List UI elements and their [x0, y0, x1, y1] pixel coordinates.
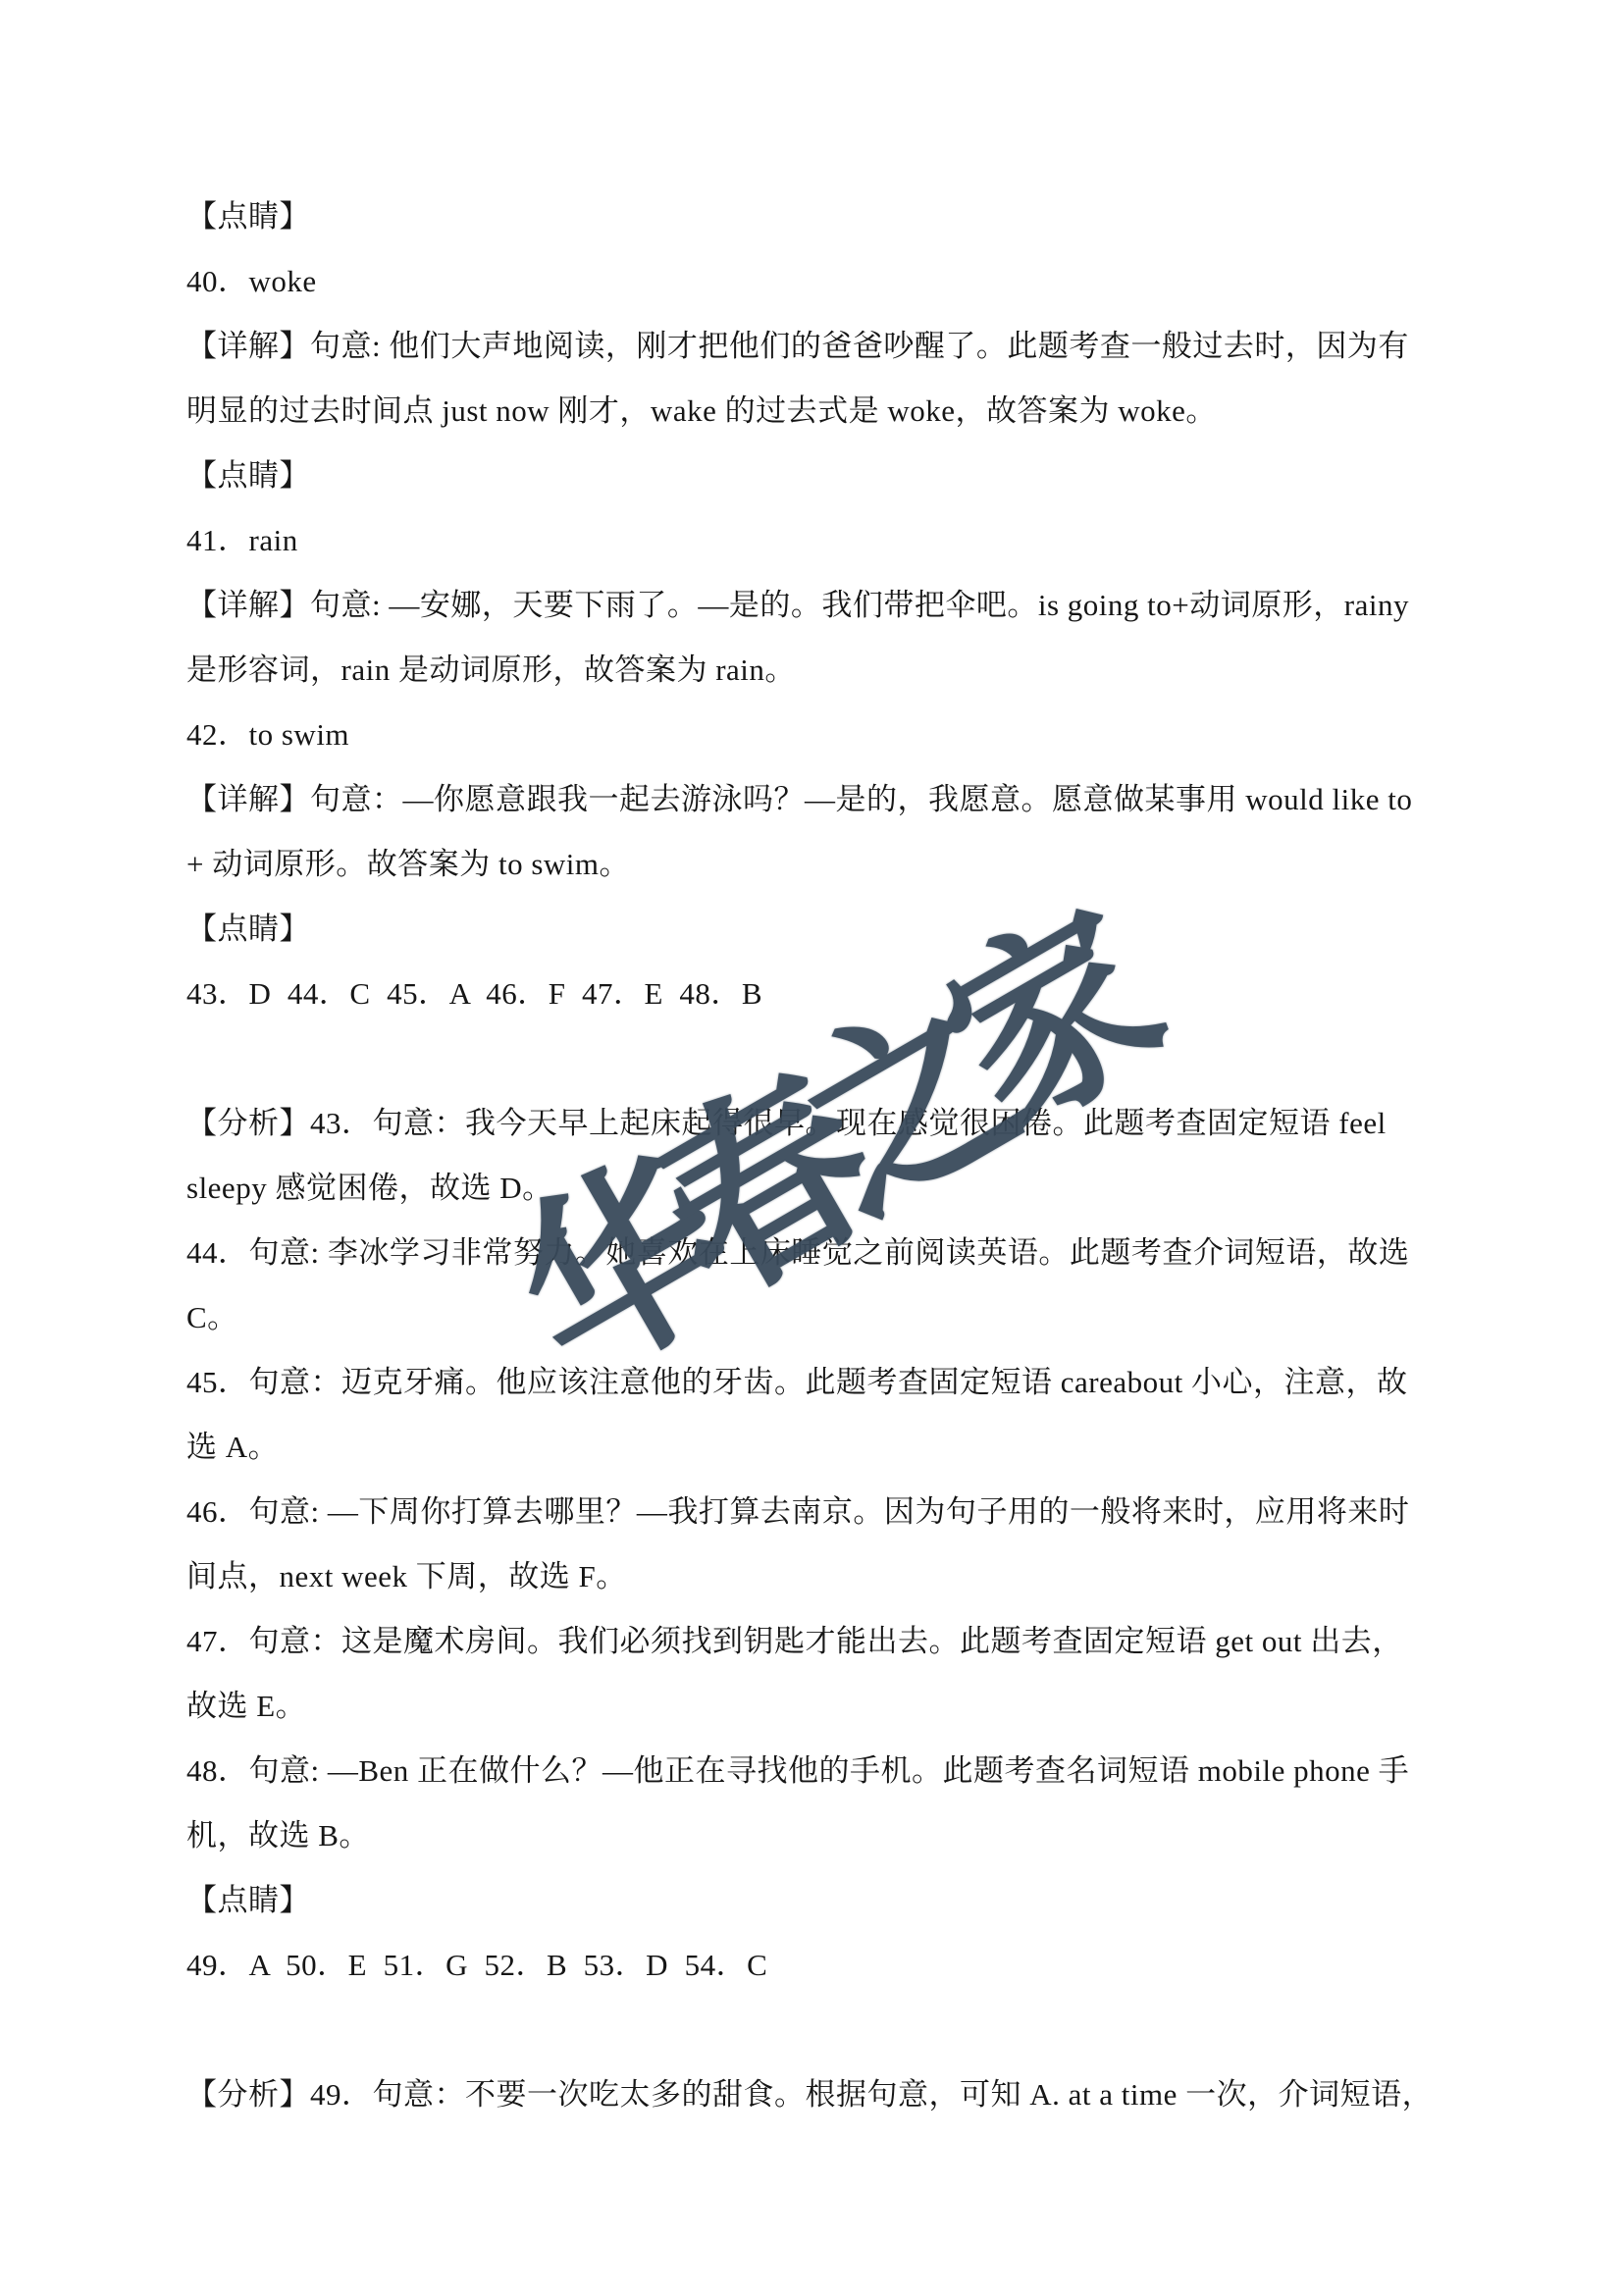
text-line: 45．句意：迈克牙痛。他应该注意他的牙齿。此题考查固定短语 careabout …	[186, 1350, 1442, 1415]
text-line: 【点睛】	[186, 184, 1442, 249]
text-line: 40．woke	[186, 249, 1442, 314]
text-line: 47．句意：这是魔术房间。我们必须找到钥匙才能出去。此题考查固定短语 get o…	[186, 1609, 1442, 1674]
text-line: 【点睛】	[186, 444, 1442, 508]
text-line: 42．to swim	[186, 703, 1442, 767]
text-line: 【分析】43．句意：我今天早上起床起得很早。现在感觉很困倦。此题考查固定短语 f…	[186, 1091, 1442, 1156]
text-line: 是形容词，rain 是动词原形，故答案为 rain。	[186, 638, 1442, 703]
text-line: 43．D 44．C 45．A 46．F 47．E 48．B	[186, 962, 1442, 1026]
text-line: 【详解】句意：—你愿意跟我一起去游泳吗？—是的，我愿意。愿意做某事用 would…	[186, 767, 1442, 832]
text-line: 故选 E。	[186, 1674, 1442, 1739]
text-line: 选 A。	[186, 1415, 1442, 1480]
text-line: 41．rain	[186, 508, 1442, 573]
text-line: C。	[186, 1285, 1442, 1350]
text-line: 明显的过去时间点 just now 刚才，wake 的过去式是 woke，故答案…	[186, 379, 1442, 444]
text-line: 44．句意: 李冰学习非常努力。她喜欢在上床睡觉之前阅读英语。此题考查介词短语，…	[186, 1221, 1442, 1285]
blank-line	[186, 1998, 1442, 2062]
document-page: 【点睛】40．woke【详解】句意: 他们大声地阅读，刚才把他们的爸爸吵醒了。此…	[0, 0, 1623, 2296]
text-line: 【分析】49．句意：不要一次吃太多的甜食。根据句意，可知 A. at a tim…	[186, 2062, 1442, 2127]
blank-line	[186, 1026, 1442, 1091]
text-line: 【详解】句意: —安娜，天要下雨了。—是的。我们带把伞吧。is going to…	[186, 573, 1442, 638]
text-line: 间点，next week 下周，故选 F。	[186, 1544, 1442, 1609]
text-line: 49．A 50．E 51．G 52．B 53．D 54．C	[186, 1933, 1442, 1998]
text-line: 【详解】句意: 他们大声地阅读，刚才把他们的爸爸吵醒了。此题考查一般过去时，因为…	[186, 314, 1442, 379]
text-line: 【点睛】	[186, 1868, 1442, 1933]
text-line: 48．句意: —Ben 正在做什么？—他正在寻找他的手机。此题考查名词短语 mo…	[186, 1739, 1442, 1803]
text-line: 【点睛】	[186, 897, 1442, 962]
text-line: 机，故选 B。	[186, 1803, 1442, 1868]
document-body: 【点睛】40．woke【详解】句意: 他们大声地阅读，刚才把他们的爸爸吵醒了。此…	[186, 184, 1442, 2127]
text-line: + 动词原形。故答案为 to swim。	[186, 832, 1442, 897]
text-line: sleepy 感觉困倦，故选 D。	[186, 1156, 1442, 1221]
text-line: 46．句意: —下周你打算去哪里？—我打算去南京。因为句子用的一般将来时，应用将…	[186, 1480, 1442, 1544]
